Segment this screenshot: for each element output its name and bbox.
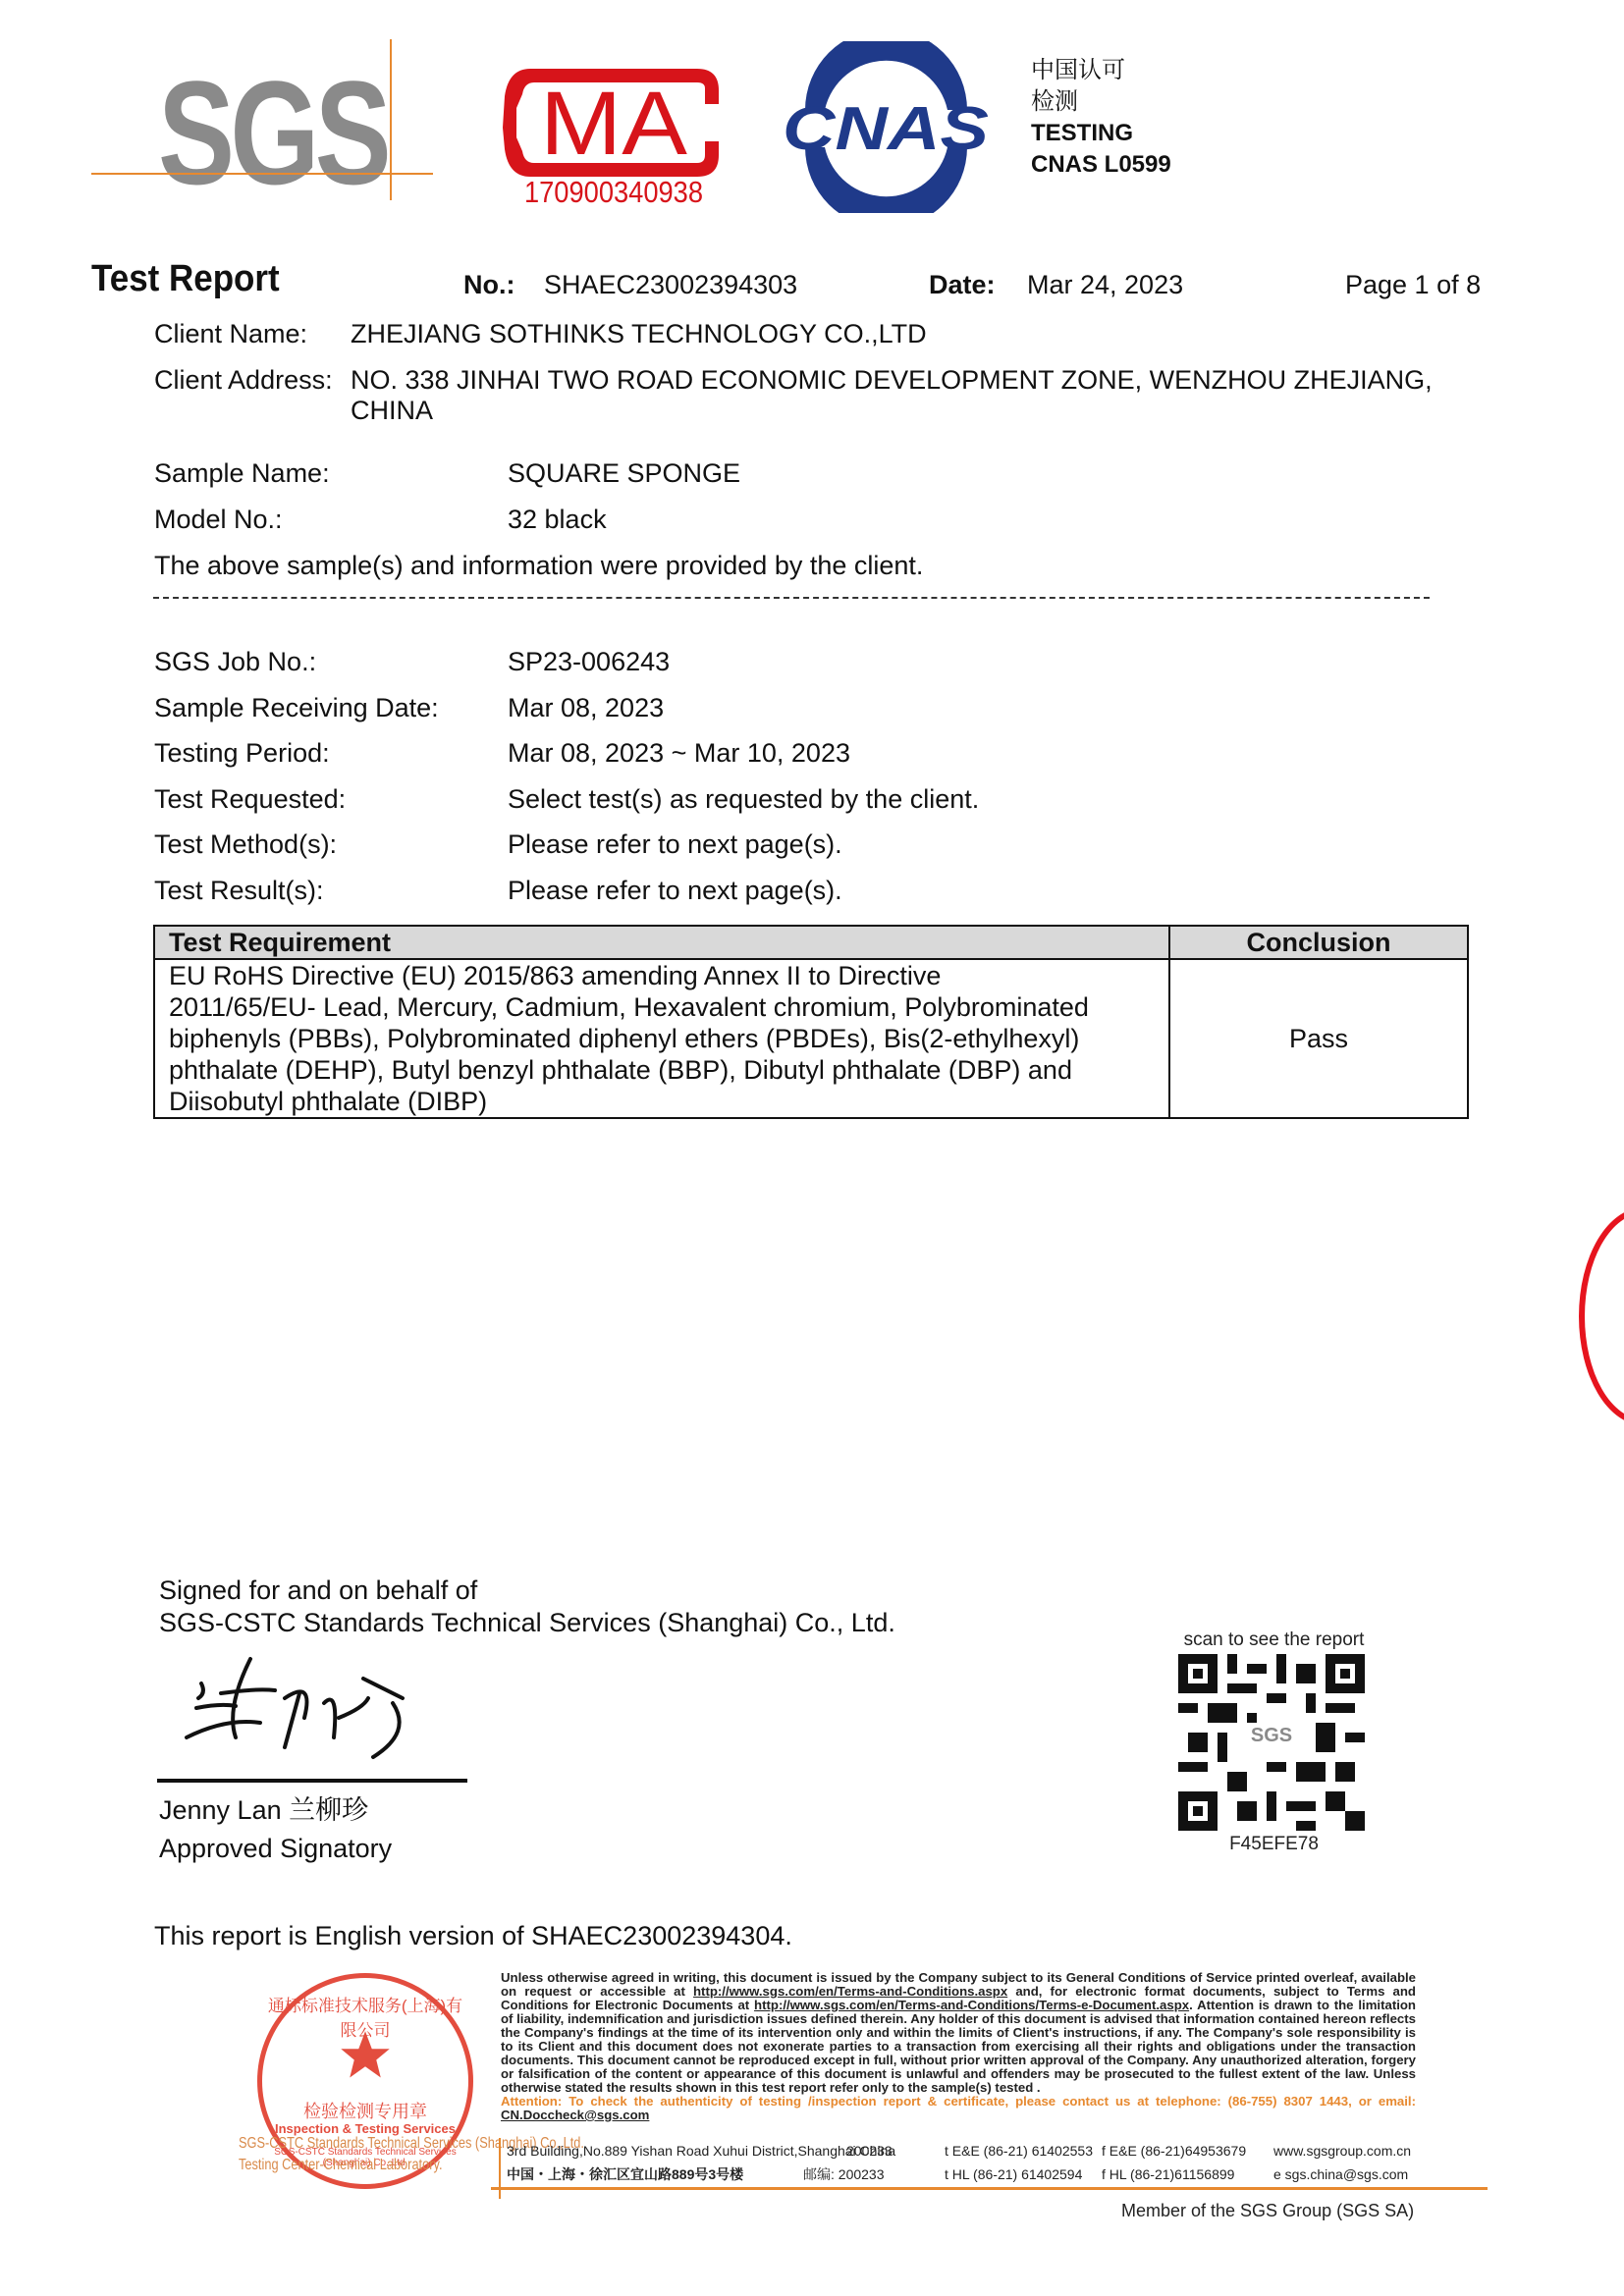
stamp-middle-cn: 检验检测专用章	[262, 2098, 468, 2123]
test-result: Please refer to next page(s).	[508, 875, 842, 906]
test-requested-label: Test Requested:	[154, 783, 346, 815]
requirement-cell: EU RoHS Directive (EU) 2015/863 amending…	[154, 959, 1169, 1118]
footer-website: www.sgsgroup.com.cn	[1273, 2140, 1411, 2162]
partial-seal-stamp-icon	[1579, 1207, 1624, 1425]
page-title: Test Report	[91, 257, 280, 300]
receiving-date-label: Sample Receiving Date:	[154, 692, 439, 723]
cnas-accreditation-text: 中国认可 检测 TESTING CNAS L0599	[1031, 55, 1171, 181]
footer-tel-ee: t E&E (86-21) 61402553	[945, 2140, 1093, 2162]
model-number: 32 black	[508, 504, 607, 535]
requirement-line: phthalate (DEHP), Butyl benzyl phthalate…	[169, 1054, 1155, 1086]
test-method: Please refer to next page(s).	[508, 828, 842, 860]
footer-postcode-en: 200233	[846, 2140, 893, 2162]
sgs-group-membership: Member of the SGS Group (SGS SA)	[1121, 2201, 1414, 2221]
client-name: ZHEJIANG SOTHINKS TECHNOLOGY CO.,LTD	[351, 318, 927, 349]
disclaimer-text: . Attention is drawn to the limitation o…	[501, 1998, 1416, 2095]
page-indicator: Page 1 of 8	[1345, 269, 1481, 300]
signatory-role: Approved Signatory	[159, 1833, 392, 1864]
table-row: EU RoHS Directive (EU) 2015/863 amending…	[154, 959, 1468, 1118]
footer-horizontal-rule	[491, 2187, 1488, 2190]
table-header-row: Test Requirement Conclusion	[154, 926, 1468, 959]
english-version-note: This report is English version of SHAEC2…	[154, 1920, 792, 1951]
signature-line	[157, 1779, 467, 1783]
terms-conditions-link[interactable]: http://www.sgs.com/en/Terms-and-Conditio…	[693, 1984, 1007, 1999]
client-address-line-2: CHINA	[351, 395, 433, 426]
sample-name: SQUARE SPONGE	[508, 457, 740, 489]
testing-period: Mar 08, 2023 ~ Mar 10, 2023	[508, 737, 850, 769]
lab-name-line-2: Testing Center-Chemical Laboratory.	[239, 2157, 443, 2174]
report-number-label: No.:	[463, 269, 514, 300]
column-header-requirement: Test Requirement	[154, 926, 1169, 959]
qr-caption: scan to see the report	[1178, 1629, 1370, 1651]
signatory-name: Jenny Lan 兰柳珍	[159, 1794, 368, 1826]
authenticity-attention: Attention: To check the authenticity of …	[501, 2095, 1416, 2122]
footer-postcode-cn: 邮编: 200233	[803, 2163, 885, 2185]
signed-on-behalf-text: Signed for and on behalf of	[159, 1575, 477, 1606]
sample-name-label: Sample Name:	[154, 457, 330, 489]
test-result-label: Test Result(s):	[154, 875, 324, 906]
svg-text:MA: MA	[540, 74, 688, 174]
receiving-date: Mar 08, 2023	[508, 692, 664, 723]
cma-logo: MA 170900340938	[501, 39, 727, 216]
requirement-line: Diisobutyl phthalate (DIBP)	[169, 1086, 1155, 1117]
report-number: SHAEC23002394303	[544, 269, 797, 300]
test-requirement-table: Test Requirement Conclusion EU RoHS Dire…	[153, 925, 1469, 1119]
footer-address-cn: 中国・上海・徐汇区宜山路889号3号楼	[507, 2163, 743, 2185]
handwritten-signature-icon	[167, 1649, 461, 1767]
job-number: SP23-006243	[508, 646, 670, 677]
sgs-logo-text: SGS	[158, 59, 387, 206]
svg-text:CNAS: CNAS	[783, 95, 989, 163]
cnas-text-line: 检测	[1031, 86, 1171, 118]
signing-company: SGS-CSTC Standards Technical Services (S…	[159, 1607, 895, 1638]
requirement-line: 2011/65/EU- Lead, Mercury, Cadmium, Hexa…	[169, 991, 1155, 1023]
cnas-text-line: CNAS L0599	[1031, 149, 1171, 181]
test-method-label: Test Method(s):	[154, 828, 337, 860]
client-address-line-1: NO. 338 JINHAI TWO ROAD ECONOMIC DEVELOP…	[351, 364, 1433, 396]
requirement-line: biphenyls (PBBs), Polybrominated dipheny…	[169, 1023, 1155, 1054]
footer-fax-hl: f HL (86-21)61156899	[1102, 2163, 1234, 2185]
dashed-divider	[153, 597, 1430, 601]
sgs-logo-rule-vertical	[390, 39, 392, 200]
footer-email: e sgs.china@sgs.com	[1273, 2163, 1408, 2185]
stamp-star-icon	[339, 2029, 392, 2082]
footer-fax-ee: f E&E (86-21)64953679	[1102, 2140, 1246, 2162]
cma-number: 170900340938	[514, 175, 713, 210]
cnas-text-line: TESTING	[1031, 118, 1171, 149]
sgs-logo: SGS	[91, 39, 435, 196]
job-number-label: SGS Job No.:	[154, 646, 316, 677]
legal-disclaimer: Unless otherwise agreed in writing, this…	[501, 1971, 1416, 2122]
qr-code-id: F45EFE78	[1178, 1834, 1370, 1855]
column-header-conclusion: Conclusion	[1169, 926, 1468, 959]
model-number-label: Model No.:	[154, 504, 283, 535]
requirement-line: EU RoHS Directive (EU) 2015/863 amending…	[169, 960, 1155, 991]
report-date: Mar 24, 2023	[1027, 269, 1183, 300]
stamp-middle-en: Inspection & Testing Services	[262, 2121, 468, 2136]
doccheck-email-link[interactable]: CN.Doccheck@sgs.com	[501, 2108, 649, 2122]
cnas-text-line: 中国认可	[1031, 55, 1171, 86]
sample-provided-note: The above sample(s) and information were…	[154, 550, 923, 581]
client-address-label: Client Address:	[154, 364, 333, 396]
terms-e-document-link[interactable]: http://www.sgs.com/en/Terms-and-Conditio…	[754, 1998, 1189, 2012]
cnas-icon: CNAS	[776, 41, 997, 213]
report-date-label: Date:	[929, 269, 996, 300]
sgs-logo-rule-horizontal	[91, 173, 433, 175]
testing-period-label: Testing Period:	[154, 737, 330, 769]
attention-text: Attention: To check the authenticity of …	[501, 2094, 1416, 2109]
conclusion-cell: Pass	[1169, 959, 1468, 1118]
test-requested: Select test(s) as requested by the clien…	[508, 783, 979, 815]
client-name-label: Client Name:	[154, 318, 307, 349]
footer-tel-hl: t HL (86-21) 61402594	[945, 2163, 1082, 2185]
qr-code[interactable]: SGS	[1178, 1654, 1365, 1831]
qr-center-logo: SGS	[1247, 1725, 1296, 1747]
cnas-logo: CNAS	[776, 41, 997, 213]
footer-address-en: 3rd Building,No.889 Yishan Road Xuhui Di…	[507, 2140, 895, 2162]
